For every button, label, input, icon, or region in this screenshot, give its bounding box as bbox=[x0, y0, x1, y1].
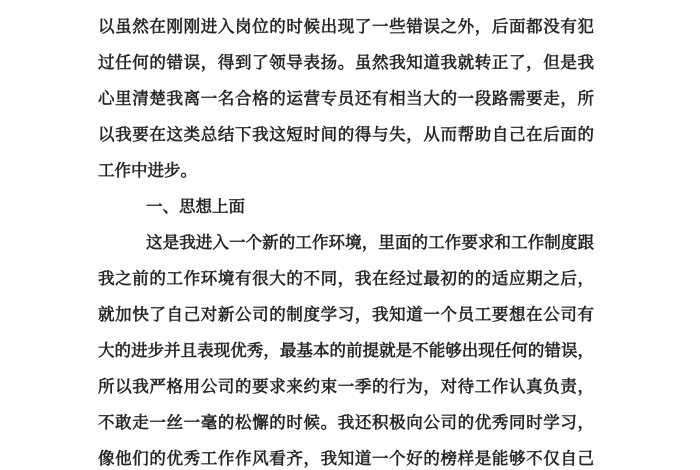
text-line: 不敢走一丝一毫的松懈的时候。我还积极向公司的优秀同时学习， bbox=[98, 405, 594, 441]
document-page: 以虽然在刚刚进入岗位的时候出现了一些错误之外，后面都没有犯 过任何的错误，得到了… bbox=[0, 0, 700, 470]
text-line: 所以我严格用公司的要求来约束一季的行为，对待工作认真负责， bbox=[98, 369, 594, 405]
text-line: 就加快了自己对新公司的制度学习，我知道一个员工要想在公司有 bbox=[98, 297, 594, 333]
text-line: 过任何的错误，得到了领导表扬。虽然我知道我就转正了，但是我 bbox=[98, 45, 594, 81]
text-line: 这是我进入一个新的工作环境，里面的工作要求和工作制度跟 bbox=[98, 225, 594, 261]
text-line: 以虽然在刚刚进入岗位的时候出现了一些错误之外，后面都没有犯 bbox=[98, 9, 594, 45]
section-heading: 一、思想上面 bbox=[98, 189, 594, 225]
text-line-clipped: 像他们的优秀工作作风看齐，我知道一个好的榜样是能够不仅自己 bbox=[98, 441, 594, 470]
document-body: 以虽然在刚刚进入岗位的时候出现了一些错误之外，后面都没有犯 过任何的错误，得到了… bbox=[98, 9, 594, 470]
text-line: 心里清楚我离一名合格的运营专员还有相当大的一段路需要走，所 bbox=[98, 81, 594, 117]
text-line: 大的进步并且表现优秀，最基本的前提就是不能够出现任何的错误， bbox=[98, 333, 594, 369]
text-line: 工作中进步。 bbox=[98, 153, 594, 189]
text-line: 以我要在这类总结下我这短时间的得与失，从而帮助自己在后面的 bbox=[98, 117, 594, 153]
text-line: 我之前的工作环境有很大的不同，我在经过最初的的适应期之后， bbox=[98, 261, 594, 297]
